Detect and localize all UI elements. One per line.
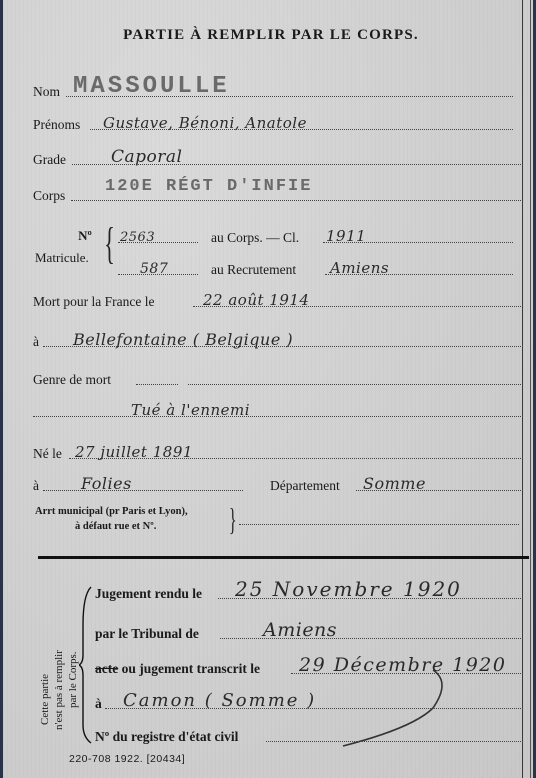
side-note-line2: n'est pas à remplir <box>53 650 65 730</box>
transcrit-label-row: acte ou jugement transcrit le <box>95 661 260 677</box>
field-naissance: Né le 27 juillet 1891 <box>33 442 521 462</box>
field-genre-de-mort-value-row: Tué à l'ennemi <box>33 400 523 420</box>
mort-label: Mort pour la France le <box>33 294 154 310</box>
jugement-brace <box>79 585 93 745</box>
registre-label: Nº du registre d'état civil <box>95 729 238 745</box>
transcrit-label: ou jugement transcrit le <box>122 661 260 676</box>
side-note-line3: par le Corps. <box>67 651 79 708</box>
lieu-transcription-label: à <box>95 696 102 712</box>
field-lieu-deces: à Bellefontaine ( Belgique ) <box>33 330 523 350</box>
genre-de-mort-label: Genre de mort <box>33 372 111 388</box>
field-grade: Grade Caporal <box>33 148 521 168</box>
print-reference: 220-708 1922. [20434] <box>69 753 185 765</box>
form-title: PARTIE À REMPLIR PAR LE CORPS. <box>3 27 536 44</box>
lieu-transcription-value: Camon ( Somme ) <box>123 690 316 711</box>
matricule-recrutement-row: 587 au Recrutement Amiens <box>118 258 513 278</box>
lieu-naissance-label: à <box>33 478 39 494</box>
lieu-deces-label: à <box>33 334 39 350</box>
prenoms-label: Prénoms <box>33 117 80 133</box>
departement-value: Somme <box>363 474 426 493</box>
naissance-value: 27 juillet 1891 <box>75 443 193 461</box>
corps-dotted-line <box>71 200 521 201</box>
corps-value: 120E RÉGT D'INFIE <box>105 177 312 196</box>
field-prenoms: Prénoms Gustave, Bénoni, Anatole <box>33 113 513 133</box>
grade-label: Grade <box>33 152 66 168</box>
document-page: PARTIE À REMPLIR PAR LE CORPS. Nom MASSO… <box>3 0 533 778</box>
field-nom: Nom MASSOULLE <box>33 80 513 100</box>
grade-value: Caporal <box>111 147 182 167</box>
mort-value: 22 août 1914 <box>203 291 309 309</box>
genre-de-mort-value: Tué à l'ennemi <box>131 401 250 419</box>
page-edge-line-outer <box>530 0 531 778</box>
matricule-recrutement-number: 587 <box>140 261 168 277</box>
genre-de-mort-dotted-line-1 <box>136 384 178 385</box>
classe-value: 1911 <box>326 227 366 245</box>
field-jugement-rendu: Jugement rendu le 25 Novembre 1920 <box>95 582 523 602</box>
section-separator <box>38 556 529 559</box>
matricule-brace: { <box>104 222 115 266</box>
matricule-corps-label: au Corps. — Cl. <box>211 230 299 246</box>
tribunal-value: Amiens <box>263 619 337 641</box>
field-tribunal: par le Tribunal de Amiens <box>95 622 523 642</box>
prenoms-value: Gustave, Bénoni, Anatole <box>103 114 307 132</box>
matricule-corps-number: 2563 <box>120 230 155 245</box>
field-lieu-transcription: à Camon ( Somme ) <box>95 692 523 712</box>
tribunal-label: par le Tribunal de <box>95 626 199 642</box>
nom-label: Nom <box>33 84 60 100</box>
arrondissement-label-line2: à défaut rue et Nº. <box>75 521 156 541</box>
corps-label: Corps <box>33 188 65 204</box>
matricule-label-no: Nº <box>65 228 105 248</box>
matricule-label: Matricule. <box>35 250 89 270</box>
field-lieu-naissance: à Folies Département Somme <box>33 474 523 494</box>
lieu-naissance-dotted-line <box>43 490 243 491</box>
transcrit-strike-text: acte <box>95 661 118 676</box>
departement-label: Département <box>270 478 340 494</box>
matricule-corps-row: 2563 au Corps. — Cl. 1911 <box>118 226 513 246</box>
field-registre: Nº du registre d'état civil <box>95 725 523 745</box>
arrondissement-dotted-line <box>239 524 519 525</box>
nom-value: MASSOULLE <box>73 73 230 100</box>
jugement-rendu-value: 25 Novembre 1920 <box>235 577 462 601</box>
field-mort-pour-la-france: Mort pour la France le 22 août 1914 <box>33 290 521 310</box>
field-transcrit: acte ou jugement transcrit le 29 Décembr… <box>95 657 523 677</box>
field-corps: Corps 120E RÉGT D'INFIE <box>33 184 521 204</box>
recrutement-value: Amiens <box>330 259 389 277</box>
genre-de-mort-dotted-line-3 <box>33 416 523 417</box>
recrutement-label: au Recrutement <box>211 262 296 278</box>
side-note-line1: Cette partie <box>39 674 51 725</box>
arrondissement-brace: } <box>229 503 237 535</box>
genre-de-mort-dotted-line-2 <box>188 384 521 385</box>
registre-dotted-line <box>266 741 523 742</box>
naissance-label: Né le <box>33 446 62 462</box>
lieu-naissance-value: Folies <box>81 474 132 493</box>
jugement-rendu-label: Jugement rendu le <box>95 586 202 602</box>
field-genre-de-mort: Genre de mort <box>33 368 521 388</box>
lieu-deces-value: Bellefontaine ( Belgique ) <box>73 330 293 349</box>
